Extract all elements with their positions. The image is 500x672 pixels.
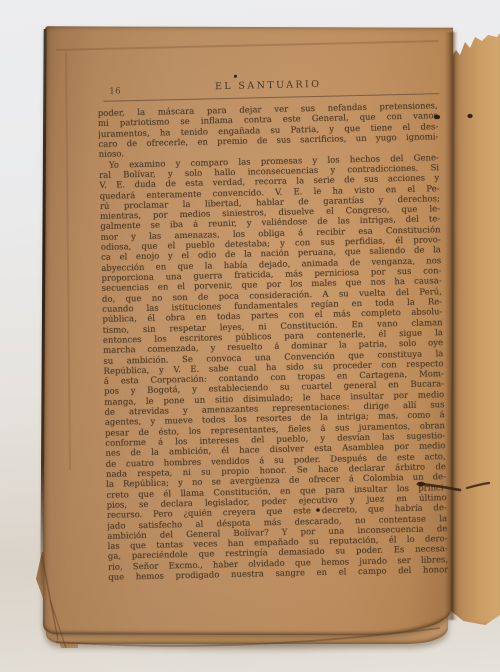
ink-speck	[234, 75, 237, 78]
running-title: EL SANTUARIO	[95, 76, 441, 95]
facing-page-torn-edge	[451, 28, 500, 625]
printed-page-content: 16 EL SANTUARIO poder, la máscara para d…	[95, 69, 452, 583]
header-rule	[103, 93, 439, 102]
photo-background: 16 EL SANTUARIO poder, la máscara para d…	[0, 0, 500, 672]
page-header: 16 EL SANTUARIO	[95, 69, 441, 102]
book-gutter	[445, 32, 458, 620]
body-text: poder, la máscara para dejar ver sus nef…	[98, 101, 449, 583]
paragraph: Yo examino y comparo las promesas y los …	[99, 153, 449, 583]
paragraph: poder, la máscara para dejar ver sus nef…	[98, 101, 439, 160]
left-page: 16 EL SANTUARIO poder, la máscara para d…	[43, 26, 453, 635]
